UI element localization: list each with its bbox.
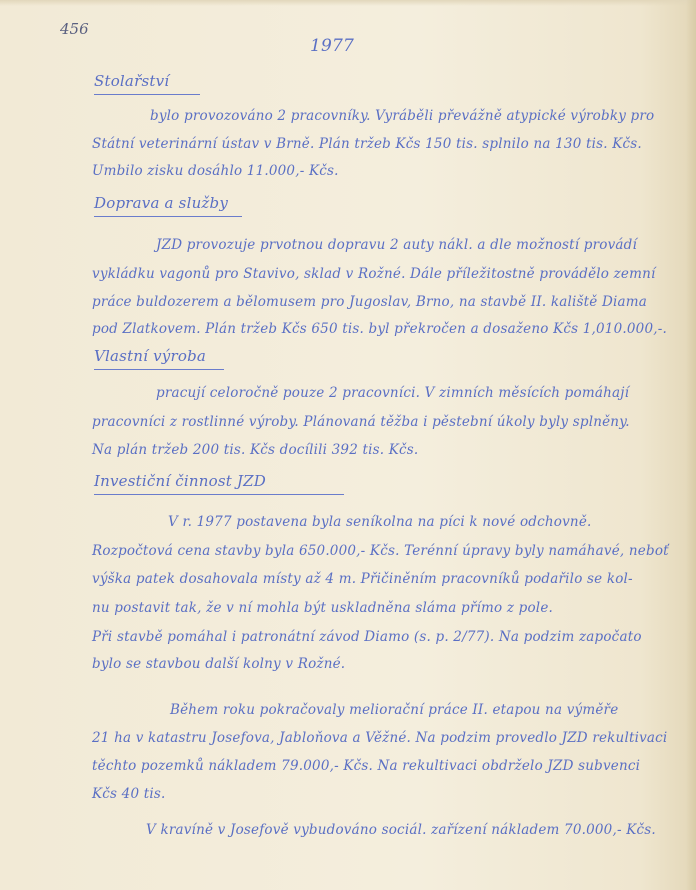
text-line: práce buldozerem a bělomusem pro Jugosla… [92,294,647,310]
text-line: Při stavbě pomáhal i patronátní závod Di… [92,629,642,645]
text-line: JZD provozuje prvotnou dopravu 2 auty ná… [156,237,637,253]
text-line: 21 ha v katastru Josefova, Jabloňova a V… [92,730,667,746]
text-line: pracovníci z rostlinné výroby. Plánovaná… [92,414,630,430]
text-line: V r. 1977 postavena byla seníkolna na pí… [168,514,592,530]
text-line: vykládku vagonů pro Stavivo, sklad v Rož… [92,266,656,282]
text-line: Na plán tržeb 200 tis. Kčs docílili 392 … [92,442,418,458]
text-line: těchto pozemků nákladem 79.000,- Kčs. Na… [92,758,640,774]
document-page: 456 1977 Stolařství bylo provozováno 2 p… [0,0,696,890]
text-line: Během roku pokračovaly meliorační práce … [170,702,618,718]
text-line: Kčs 40 tis. [92,786,166,802]
text-line: nu postavit tak, že v ní mohla být uskla… [92,600,553,616]
text-line: Umbilo zisku dosáhlo 11.000,- Kčs. [92,163,339,179]
section-heading-stolarstvi: Stolařství [94,72,200,95]
text-line: Státní veterinární ústav v Brně. Plán tr… [92,136,642,152]
section-heading-vlastni-vyroba: Vlastní výroba [94,347,224,370]
page-number: 456 [60,20,89,38]
text-line: Rozpočtová cena stavby byla 650.000,- Kč… [92,543,669,559]
text-line: V kravíně v Josefově vybudováno sociál. … [146,822,656,838]
section-heading-doprava: Doprava a služby [94,194,242,217]
text-line: bylo se stavbou další kolny v Rožné. [92,656,345,672]
year-heading: 1977 [310,36,354,56]
page-right-edge [686,0,696,890]
text-line: bylo provozováno 2 pracovníky. Vyráběli … [150,108,654,124]
page-top-edge [0,0,696,6]
text-line: pod Zlatkovem. Plán tržeb Kčs 650 tis. b… [92,321,667,337]
text-line: pracují celoročně pouze 2 pracovníci. V … [156,385,629,401]
text-line: výška patek dosahovala místy až 4 m. Při… [92,571,633,587]
section-heading-investicni-cinnost: Investiční činnost JZD [94,472,344,495]
